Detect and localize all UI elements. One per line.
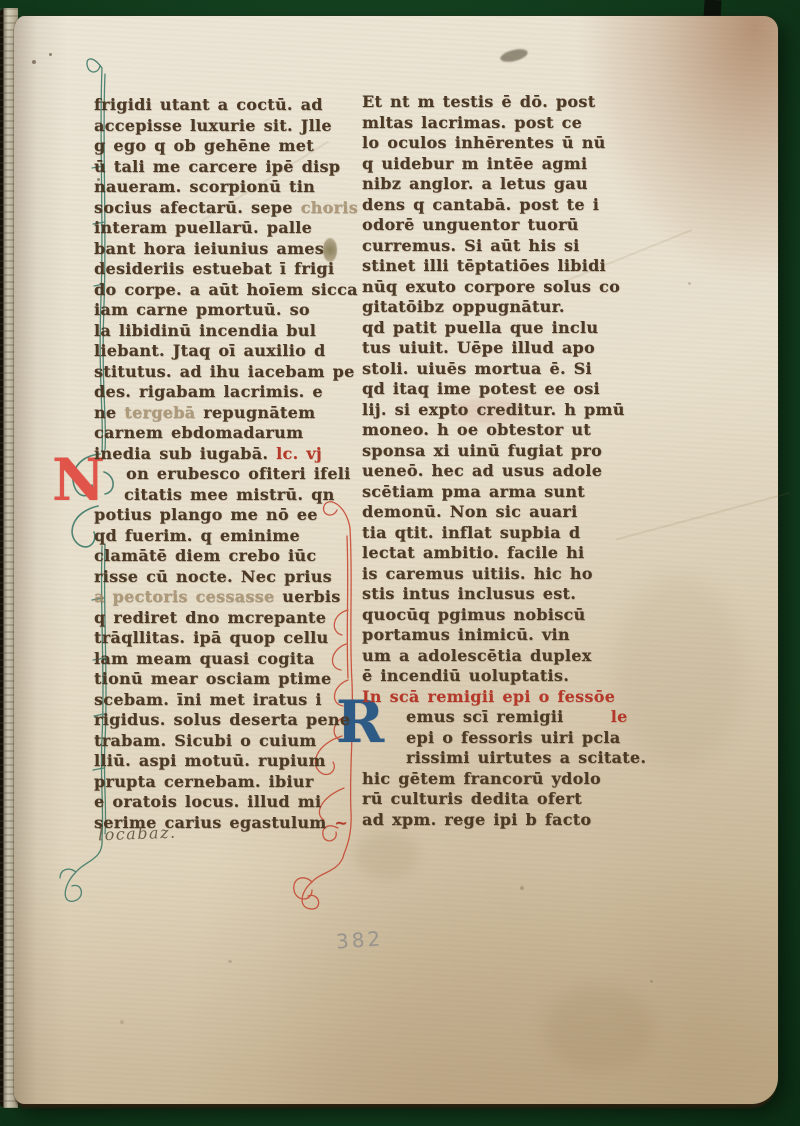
text-segment: epi o fessoris uiri pcla [406, 728, 620, 747]
text-segment: inedia sub iugabā. [94, 444, 276, 463]
text-line: lam meam quasi cogita [94, 649, 364, 670]
text-segment: lc. vj [276, 444, 322, 463]
text-line: socius afectarū. sepe choris [94, 198, 364, 219]
text-line: on erubesco ofiteri ifeli [94, 464, 364, 485]
text-line: qd patit puella que inclu [362, 318, 648, 339]
text-line: odorē unguentor tuorū [362, 215, 648, 236]
text-segment: accepisse luxurie sit. Jlle [94, 116, 332, 135]
text-segment: trāqllitas. ipā quop cellu [94, 628, 328, 647]
text-segment: repugnātem [195, 403, 315, 422]
text-segment: q uidebur m intēe agmi [362, 154, 587, 173]
text-segment: stis intus inclusus est. [362, 584, 576, 603]
text-segment: gitatōibz oppugnātur. [362, 297, 565, 316]
text-segment: on erubesco ofiteri ifeli [126, 464, 351, 483]
text-segment: ueneō. hec ad usus adole [362, 461, 602, 480]
text-segment: tionū mear osciam ptime [94, 669, 332, 688]
parchment-stain [544, 986, 654, 1071]
text-segment: trabam. Sicubi o cuium [94, 731, 317, 750]
text-segment: um a adolescētia duplex [362, 646, 592, 665]
text-line: a pectoris cessasse uerbis [94, 587, 364, 608]
text-segment: tergebā [124, 403, 195, 422]
text-line: portamus inimicū. vin [362, 625, 648, 646]
text-segment: lo oculos inhērentes ū nū [362, 133, 606, 152]
text-line: stis intus inclusus est. [362, 584, 648, 605]
text-line: frigidi utant a coctū. ad [94, 95, 364, 116]
text-line: g ego q ob gehēne met [94, 136, 364, 157]
text-line: nūq exuto corpore solus co [362, 277, 648, 298]
text-column-left: frigidi utant a coctū. adaccepisse luxur… [94, 95, 364, 833]
text-segment: odorē unguentor tuorū [362, 215, 579, 234]
text-line: potius plango me nō ee [94, 505, 364, 526]
text-line: hic gētem francorū ydolo [362, 769, 648, 790]
text-line: q uidebur m intēe agmi [362, 154, 648, 175]
text-line: demonū. Non sic auari [362, 502, 648, 523]
text-segment: le [563, 707, 627, 726]
text-segment: clamātē diem crebo iūc [94, 546, 316, 565]
text-segment: e oratois locus. illud mi [94, 792, 321, 811]
text-line: rigidus. solus deserta pene [94, 710, 364, 731]
text-segment: hic gētem francorū ydolo [362, 769, 601, 788]
text-segment: do corpe. a aūt hoīem sicca [94, 280, 358, 299]
text-segment: Et nt m testis ē dō. post [362, 92, 595, 111]
text-segment: a pectoris cessasse [94, 587, 274, 606]
text-segment: choris [301, 198, 358, 217]
text-segment: scebam. īni met iratus i [94, 690, 322, 709]
text-line: ad xpm. rege ipi b facto [362, 810, 648, 831]
text-segment: qd itaq ime potest ee osi [362, 379, 600, 398]
speck [120, 1020, 124, 1024]
text-line: ū tali me carcere ipē disp [94, 157, 364, 178]
text-line: rissimi uirtutes a scitate. [362, 748, 648, 769]
speck [520, 886, 524, 890]
folio-number-pencil: 382 [335, 926, 384, 953]
text-segment: liebant. Jtaq oī auxilio d [94, 341, 325, 360]
text-line: scebam. īni met iratus i [94, 690, 364, 711]
text-line: is caremus uitiis. hic ho [362, 564, 648, 585]
text-line: des. rigabam lacrimis. e [94, 382, 364, 403]
text-line: tia qtit. inflat supbia d [362, 523, 648, 544]
text-segment: ne [94, 403, 124, 422]
text-segment: carnem ebdomadarum [94, 423, 303, 442]
text-line: desideriis estuebat ī frigi [94, 259, 364, 280]
text-line: epi o fessoris uiri pcla [362, 728, 648, 749]
speck [228, 960, 232, 963]
text-line: lliū. aspi motuū. rupium [94, 751, 364, 772]
manuscript-page: N R frigidi utant a coctū. adaccepisse l… [14, 16, 778, 1104]
text-segment: curremus. Si aūt his si [362, 236, 580, 255]
text-segment: portamus inimicū. vin [362, 625, 570, 644]
text-line: lij. si expto creditur. h pmū [362, 400, 648, 421]
text-line: citatis mee mistrū. qn [94, 485, 364, 506]
text-line: ueneō. hec ad usus adole [362, 461, 648, 482]
text-segment: stitutus. ad ihu iacebam pe [94, 362, 355, 381]
text-segment: prupta cernebam. ibiur [94, 772, 314, 791]
text-segment: rigidus. solus deserta pene [94, 710, 350, 729]
text-line: lo oculos inhērentes ū nū [362, 133, 648, 154]
text-line: accepisse luxurie sit. Jlle [94, 116, 364, 137]
text-line: emus scī remigii le [362, 707, 648, 728]
page-corner-notch [735, 0, 768, 14]
text-line: lectat ambitio. facile hi [362, 543, 648, 564]
text-line: um a adolescētia duplex [362, 646, 648, 667]
text-line: iam carne pmortuū. so [94, 300, 364, 321]
text-segment: desideriis estuebat ī frigi [94, 259, 334, 278]
catchword: locabaz. [98, 823, 177, 845]
text-line: stinet illi tēptatiōes libidi [362, 256, 648, 277]
text-line: In scā remigii epi o fessōe [362, 687, 648, 708]
text-segment: socius afectarū. sepe [94, 198, 301, 217]
text-line: qd itaq ime potest ee osi [362, 379, 648, 400]
text-line: gitatōibz oppugnātur. [362, 297, 648, 318]
text-line: tus uiuit. Uēpe illud apo [362, 338, 648, 359]
text-line: quocūq pgimus nobiscū [362, 605, 648, 626]
speck [688, 282, 691, 285]
text-line: moneo. h oe obtestor ut [362, 420, 648, 441]
text-segment: sponsa xi uinū fugiat pro [362, 441, 602, 460]
speck [650, 980, 653, 983]
text-segment: des. rigabam lacrimis. e [94, 382, 323, 401]
text-line: clamātē diem crebo iūc [94, 546, 364, 567]
text-line: liebant. Jtaq oī auxilio d [94, 341, 364, 362]
text-line: interam puellarū. palle [94, 218, 364, 239]
text-segment: qd fuerim. q eminime [94, 526, 300, 545]
text-line: prupta cernebam. ibiur [94, 772, 364, 793]
text-segment: potius plango me nō ee [94, 505, 318, 524]
text-segment: stinet illi tēptatiōes libidi [362, 256, 606, 275]
text-segment: mltas lacrimas. post ce [362, 113, 582, 132]
text-line: carnem ebdomadarum [94, 423, 364, 444]
text-segment: moneo. h oe obtestor ut [362, 420, 591, 439]
text-segment: nibz anglor. a letus gau [362, 174, 588, 193]
text-line: e oratois locus. illud mi [94, 792, 364, 813]
text-line: q rediret dno mcrepante [94, 608, 364, 629]
speck [32, 60, 36, 64]
text-line: mltas lacrimas. post ce [362, 113, 648, 134]
text-segment: In scā remigii epi o fessōe [362, 687, 615, 706]
text-line: do corpe. a aūt hoīem sicca [94, 280, 364, 301]
text-segment: ē incendiū uoluptatis. [362, 666, 569, 685]
text-segment: frigidi utant a coctū. ad [94, 95, 323, 114]
text-line: risse cū nocte. Nec prius [94, 567, 364, 588]
text-segment: uerbis [274, 587, 340, 606]
text-segment: ū tali me carcere ipē disp [94, 157, 340, 176]
text-segment: lij. si expto creditur. h pmū [362, 400, 625, 419]
text-line: stitutus. ad ihu iacebam pe [94, 362, 364, 383]
photo-background: N R frigidi utant a coctū. adaccepisse l… [0, 0, 800, 1126]
text-line: scētiam pma arma sunt [362, 482, 648, 503]
text-line: ne tergebā repugnātem [94, 403, 364, 424]
text-segment: g ego q ob gehēne met [94, 136, 314, 155]
text-segment: q rediret dno mcrepante [94, 608, 326, 627]
text-column-right: Et nt m testis ē dō. postmltas lacrimas.… [362, 92, 648, 830]
text-segment: is caremus uitiis. hic ho [362, 564, 593, 583]
text-line: Et nt m testis ē dō. post [362, 92, 648, 113]
text-segment: dens q cantabā. post te i [362, 195, 599, 214]
text-line: qd fuerim. q eminime [94, 526, 364, 547]
text-segment: nūq exuto corpore solus co [362, 277, 620, 296]
ink-smudge [499, 47, 529, 64]
text-segment: quocūq pgimus nobiscū [362, 605, 585, 624]
text-segment: lectat ambitio. facile hi [362, 543, 584, 562]
text-segment: citatis mee mistrū. qn [124, 485, 335, 504]
text-line: nibz anglor. a letus gau [362, 174, 648, 195]
text-line: stoli. uiuēs mortua ē. Si [362, 359, 648, 380]
text-segment: emus scī remigii [406, 707, 563, 726]
text-segment: rū culturis dedita ofert [362, 789, 582, 808]
text-line: bant hora ieiunius ames [94, 239, 364, 260]
text-segment: lliū. aspi motuū. rupium [94, 751, 326, 770]
text-segment: la libidinū incendia bul [94, 321, 316, 340]
text-segment: bant hora ieiunius ames [94, 239, 324, 258]
text-segment: rissimi uirtutes a scitate. [406, 748, 646, 767]
text-line: ē incendiū uoluptatis. [362, 666, 648, 687]
text-line: dens q cantabā. post te i [362, 195, 648, 216]
text-segment: tia qtit. inflat supbia d [362, 523, 580, 542]
text-line: trāqllitas. ipā quop cellu [94, 628, 364, 649]
text-segment: lam meam quasi cogita [94, 649, 315, 668]
text-line: trabam. Sicubi o cuium [94, 731, 364, 752]
text-segment: tus uiuit. Uēpe illud apo [362, 338, 595, 357]
text-line: rū culturis dedita ofert [362, 789, 648, 810]
text-segment: ~ [327, 813, 349, 832]
text-line: sponsa xi uinū fugiat pro [362, 441, 648, 462]
text-line: naueram. scorpionū tin [94, 177, 364, 198]
text-segment: qd patit puella que inclu [362, 318, 598, 337]
speck [49, 53, 52, 56]
text-segment: risse cū nocte. Nec prius [94, 567, 332, 586]
text-line: la libidinū incendia bul [94, 321, 364, 342]
text-segment: demonū. Non sic auari [362, 502, 577, 521]
text-line: curremus. Si aūt his si [362, 236, 648, 257]
text-segment: naueram. scorpionū tin [94, 177, 315, 196]
text-segment: scētiam pma arma sunt [362, 482, 585, 501]
text-segment: stoli. uiuēs mortua ē. Si [362, 359, 592, 378]
text-line: tionū mear osciam ptime [94, 669, 364, 690]
text-line: inedia sub iugabā. lc. vj [94, 444, 364, 465]
text-segment: ad xpm. rege ipi b facto [362, 810, 591, 829]
text-segment: iam carne pmortuū. so [94, 300, 310, 319]
text-segment: interam puellarū. palle [94, 218, 312, 237]
